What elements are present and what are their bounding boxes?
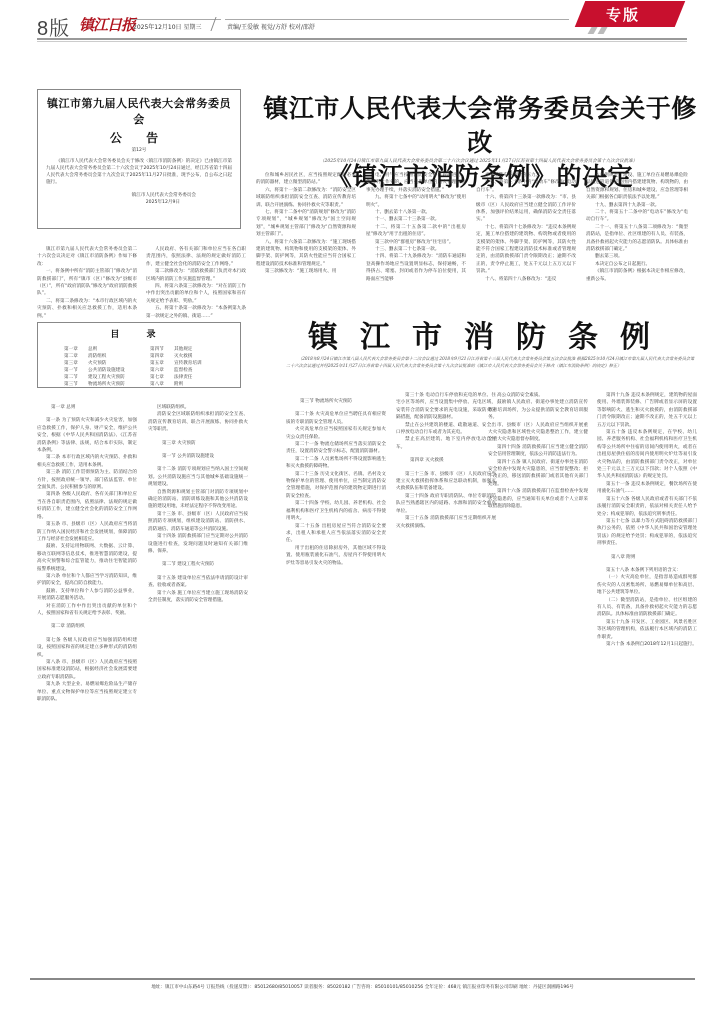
announcement-subtitle: 公 告 xyxy=(46,130,232,146)
page-number: 8版 xyxy=(37,12,70,41)
chapter-heading: 第三节 物流场所火灾预防 xyxy=(286,398,386,405)
paragraph: 人民政府、各有关部门和单位应当在各自职责范围内，依照法律、法规的规定做好消防工作… xyxy=(146,246,246,268)
table-of-contents: 目 录 第一章总则 第四节其他规定 第二章消防组织 第四章灭火救援 第三章火灾预… xyxy=(37,322,241,388)
article-paragraph: 消防安全区域联防组织承担消防安全互查、消防宣传教育培训、联合开展演练、协同扑救火… xyxy=(148,411,248,433)
paper-logo: 镇江日报 xyxy=(79,14,135,35)
toc-item: 第三节物流场所火灾预防 xyxy=(64,381,144,388)
article-paragraph: 第二十一条 物流仓储场所应当落实消防安全责任，设置消防安全警示标志，配置消防器材… xyxy=(286,441,386,456)
announcement-title: 镇江市第九届人民代表大会常务委员会 xyxy=(46,96,232,128)
article-paragraph: 鼓励、支持运用物联网、大数据、云计算、移动互联网等信息技术，推进智慧消防建设，提… xyxy=(37,543,137,573)
article-paragraph: 第二十三条 历史文化街区、名镇、名村及文物保护单位的管理、使用单位，应当制定消防… xyxy=(286,471,386,501)
decision-title-line1: 镇江市人民代表大会常务委员会关于修改 xyxy=(260,92,700,160)
editors-credit: 责编/王爱敏 视觉/方舒 校对/邵舒 xyxy=(227,22,315,31)
paragraph: 十六、将第四十三条第一款修改为：“市、县级市（区）人民政府应当建立健全消防工作评… xyxy=(476,194,576,224)
paragraph: 二十一、将第五十八条第二项修改为：“微型消防站，是指单位、社区组建的有人员、有装… xyxy=(586,224,688,254)
paragraph: 十二、将第二十五条第二款中的“出租房屋”修改为“用于出租的住房”。 xyxy=(366,224,466,239)
paragraph: 十三、删去第二十七条第一款。 xyxy=(366,246,466,253)
masthead-rule-thin xyxy=(37,41,687,42)
decision-column-1: 镇江市第九届人民代表大会常务委员会第二十六次会议决定对《镇江市消防条例》作如下修… xyxy=(37,246,137,318)
chapter-heading: 第二节 建设工程火灾预防 xyxy=(148,561,248,568)
article-paragraph: 自然资源和规划主管部门对消防专项规划中确定的消防站、消防训练设施和其他公共消防设… xyxy=(148,489,248,511)
date: 2025年12月10日 xyxy=(133,24,182,31)
paragraph: 八、将第十六条第二款修改为：“施工现场搭建的建筑物、构筑物和使用的支模架的架体、… xyxy=(256,239,356,269)
announcement-signer: 镇江市人民代表大会常务委员会 xyxy=(46,192,232,199)
article-paragraph: （一）火灾高危单位，是指容易造成群死群伤火灾的人员密集场所、易燃易爆单位和高层、… xyxy=(597,574,697,596)
article-paragraph: 第四十九条 违反本条例规定，建筑物的屋面使用、外墙装饰装修、广告牌或者显示屏的设… xyxy=(597,392,697,429)
paragraph: 五、将第十条第一款修改为：“本条例第九条第一款规定之外的镇、街道……” xyxy=(146,305,246,318)
toc-grid: 第一章总则 第四节其他规定 第二章消防组织 第四章灭火救援 第三章火灾预防 第五… xyxy=(48,346,230,388)
paragraph: 镇江市第九届人民代表大会常务委员会第二十六次会议决定对《镇江市消防条例》作如下修… xyxy=(37,246,137,268)
paragraph: 第三款中的“群租房”修改为“住宅房”。 xyxy=(366,239,466,246)
chapter-heading: 第二章 消防组织 xyxy=(37,623,137,630)
paragraph: 第二款修改为：“消防救援部门负责对本行政区域内的消防工作实施监督管理。” xyxy=(146,268,246,283)
divider xyxy=(131,19,221,20)
regulation-column-5: 高公众消防安全素质。鼓励镇人民政府、街道办事处建立消防宣传教育培训场所，为公众提… xyxy=(488,392,588,970)
article-paragraph: 第九条 大型企业、易燃易爆危险品生产储存单位、重点文物保护单位等应当按照规定建立… xyxy=(37,681,137,703)
article-paragraph: 第一条 为了预防火灾和减少火灾危害，加强应急救援工作，保护人身、财产安全，维护公… xyxy=(37,417,137,454)
divider xyxy=(225,19,569,20)
article-paragraph: 鼓励、支持单位和个人参与消防公益事业，开展消防志愿服务活动。 xyxy=(37,588,137,603)
article-paragraph: 第二十条 火灾高危单位应当聘任具有相应资质的专职消防安全管理人员。 xyxy=(286,411,386,426)
regulation-column-6: 第四十九条 违反本条例规定，建筑物的屋面使用、外墙装饰装修、广告牌或者显示屏的设… xyxy=(597,392,697,970)
toc-item: 第四节其他规定 xyxy=(150,346,230,353)
regulation-column-1: 第一章 总则第一条 为了预防火灾和减少火灾危害，加强应急救援工作，保护人身、财产… xyxy=(37,398,137,970)
article-paragraph: 第三十五条 消防救援部门应当定期组织开展灭火救援演练。 xyxy=(396,515,496,530)
chapter-heading: 第一章 总则 xyxy=(37,404,137,411)
article-paragraph: 第二十二条 人员密集场所不得设置影响逃生和灭火救援的障碍物。 xyxy=(286,456,386,471)
decision-column-4: 电、用气应当按照消防安全操作规程进行，使用明火作业的，应当按照单位的用火管理制度… xyxy=(366,172,466,320)
decision-column-3: 位和城乡居民社区，应当按照规定配备必要的消防器材，建立微型消防站。” 六、将第十… xyxy=(256,172,356,320)
article-paragraph: 第五十条 违反本条例规定，在学校、幼儿园、养老服务机构、社会福利机构和医疗卫生机… xyxy=(597,429,697,481)
chapter-heading: 第四章 灭火救援 xyxy=(396,457,496,464)
toc-item: 第二节建设工程火灾预防 xyxy=(64,374,144,381)
toc-item: 第六章监督检查 xyxy=(150,367,230,374)
decision-column-6: 本条例规定，建设、施工单位在易燃易爆危险品输送管道保护范围内搭建建筑物、构筑物的… xyxy=(586,172,688,320)
toc-item: 第四章灭火救援 xyxy=(150,353,230,360)
regulation-column-2: 区域联防组织。消防安全区域联防组织承担消防安全互查、消防宣传教育培训、联合开展演… xyxy=(148,404,248,970)
article-paragraph: 火灾高危单位应当按照国家有关规定参加火灾公众责任保险。 xyxy=(286,426,386,441)
article-paragraph: 第十三条 市、县级市（区）人民政府应当按照消防专项规划，组织建设消防站、消防供水… xyxy=(148,511,248,533)
toc-item: 第一章总则 xyxy=(64,346,144,353)
toc-item: 第三章火灾预防 xyxy=(64,360,144,367)
paragraph: 本条例规定，建设、施工单位在易燃易爆危险品输送管道保护范围内搭建建筑物、构筑物的… xyxy=(586,172,688,202)
paragraph: 《镇江市消防条例》根据本决定作相应修改，重新公布。 xyxy=(586,268,688,283)
paragraph: 电、用气应当按照消防安全操作规程进行，使用明火作业的，应当按照单位的用火管理制度… xyxy=(366,172,466,194)
chapter-heading: 第三章 火灾预防 xyxy=(148,440,248,447)
chapter-heading: 第一节 公共消防设施建设 xyxy=(148,453,248,460)
article-paragraph: 第十六条 施工单位应当建立施工现场消防安全责任制度，落实消防安全管理措施。 xyxy=(148,590,248,605)
issue-date: 2025年12月10日 星期三 xyxy=(133,22,201,31)
article-paragraph: 第三条 消防工作贯彻预防为主、防消结合的方针，按照政府统一领导、部门依法监管、单… xyxy=(37,469,137,491)
article-paragraph: 第四十四条 消防救援部门应当建立健全消防安全信用管理制度，依法公开消防违法行为。 xyxy=(488,444,588,459)
paragraph: 位和城乡居民社区，应当按照规定配备必要的消防器材，建立微型消防站。” xyxy=(256,172,356,187)
article-paragraph: 第三十条 电动自行车停放和充电的单位、住宅小区等场所，应当设置集中停放、充电区域… xyxy=(396,392,496,422)
paragraph: 第三款修改为：“施工现场用火、用 xyxy=(256,268,356,275)
article-paragraph: 禁止在高层建筑、地下室内停放电动自行车。 xyxy=(396,436,496,451)
article-paragraph: 第五十八条 本条例下列用语的含义： xyxy=(597,567,697,574)
article-paragraph: 第三十四条 政府专职消防队、单位专职消防队应当熟悉辖区内的道路、水源和消防安全重… xyxy=(396,493,496,515)
paragraph: 十八、将第四十八条修改为：“违反 xyxy=(476,276,576,283)
announcement-box: 镇江市第九届人民代表大会常务委员会 公 告 第12号 《镇江市人民代表大会常务委… xyxy=(37,89,241,229)
article-paragraph: 第十五条 建设单位应当依法申请消防设计审查、验收或者备案。 xyxy=(148,575,248,590)
toc-item: 第五章宣传教育培训 xyxy=(150,360,230,367)
article-paragraph: 第五条 市、县级市（区）人民政府应当将消防工作纳入国民经济和社会发展规划，保障消… xyxy=(37,521,137,543)
article-paragraph: 第七条 各级人民政府应当加强消防组织建设，按照国家和省的规定建立多种形式的消防组… xyxy=(37,637,137,659)
article-paragraph: 第四十六条 消防救援部门在监督检查中发现火灾隐患的，应当通知有关单位或者个人立即… xyxy=(488,488,588,510)
paragraph: 六、将第十一条第二款修改为：“消防安全区域联防组织承担消防安全互查、消防宣传教育… xyxy=(256,187,356,209)
paragraph: 删去第三项。 xyxy=(586,253,688,260)
announcement-number: 第12号 xyxy=(46,147,232,153)
toc-item: 第一节公共消防设施建设 xyxy=(64,367,144,374)
article-paragraph: 第四十五条 镇人民政府、街道办事处在消防安全检查中发现火灾隐患的，应当督促整改；… xyxy=(488,459,588,489)
article-paragraph: 第五十一条 违反本条例规定，餐饮场所在使用液化石油气…… xyxy=(597,481,697,496)
toc-item: 第七章法律责任 xyxy=(150,374,230,381)
paragraph: 十、删去第十八条第一款。 xyxy=(366,209,466,216)
paragraph: 四、将第六条第三款修改为：“对在消防工作中作出突出贡献的单位和个人，按照国家和省… xyxy=(146,283,246,305)
decision-note: （2025年10月24日镇江市第九届人民代表大会常务委员会第二十六次会议通过 2… xyxy=(300,158,700,165)
paragraph: 二十、将第五十二条中的“电动车”修改为“电动自行车”。 xyxy=(586,209,688,224)
toc-item: 第八章附则 xyxy=(150,381,230,388)
article-paragraph: 第八条 市、县级市（区）人民政府应当按照国家标准建设消防站，根据经济社会发展需要… xyxy=(37,659,137,681)
article-paragraph: 鼓励镇人民政府、街道办事处建立消防宣传教育培训场所，为公众提供消防安全教育培训服… xyxy=(488,399,588,421)
paragraph: 十五、将第三十条中的“电动车”修改为“电动自行车”。 xyxy=(476,179,576,194)
article-paragraph: 第二条 本市行政区域内的火灾预防、扑救和相关应急救援工作，适用本条例。 xyxy=(37,454,137,469)
regulation-title: 镇江市消防条例 xyxy=(270,320,710,356)
paragraph: 十九、删去第四十九条第一款。 xyxy=(586,202,688,209)
section-label: 专版 xyxy=(606,4,640,25)
toc-item: 第二章消防组织 xyxy=(64,353,144,360)
decision-column-5: 承受消防车满载时的压力。” 十五、将第三十条中的“电动车”修改为“电动自行车”。… xyxy=(476,172,576,320)
footer-rule xyxy=(30,978,695,980)
announcement-body: 《镇江市人民代表大会常务委员会关于修改〈镇江市消防条例〉的决定》已由镇江市第九届… xyxy=(46,158,232,186)
article-paragraph: 第五十九条 开发区、工业园区、风景名胜区等区域的管理机构，依法履行本区域内的消防… xyxy=(597,619,697,641)
article-paragraph: 第六条 单位和个人都应当学习消防知识，维护消防安全，提高自防自救能力。 xyxy=(37,573,137,588)
article-paragraph: 对在消防工作中作出突出贡献的单位和个人，按照国家和省有关规定给予表彰、奖励。 xyxy=(37,603,137,618)
chapter-heading: 第八章 附则 xyxy=(597,554,697,561)
article-paragraph: （二）微型消防站，是指单位、社区组建的有人员、有装备，具备扑救初起火灾能力的志愿… xyxy=(597,597,697,619)
article-paragraph: 第四条 各级人民政府、各有关部门和单位应当在各自职责范围内，依照法律、法规的规定… xyxy=(37,491,137,521)
article-paragraph: 用于出租的住房除厨房外，其他区域不得设置、使用瓶装液化石油气，房屋内不得使用明火… xyxy=(286,545,386,567)
paragraph: 二、将第二条修改为：“本市行政区域内的火灾预防、扑救和相关应急救援工作，适用本条… xyxy=(37,298,137,318)
footer-info: 地址：镇江市中山东路4号 订报热线（投递反馈）：85012680/8501005… xyxy=(30,984,695,990)
paragraph: 十四、将第二十九条修改为：“消防车通道和登高操作场地应当设置明显标志，保持通畅，… xyxy=(366,253,466,283)
paragraph: 一、将条例中所有“消防主管部门”修改为“消防救援部门”，所有“镇市（区）”修改为… xyxy=(37,268,137,298)
article-paragraph: 区域联防组织。 xyxy=(148,404,248,411)
article-paragraph: 第三十三条 市、县级市（区）人民政府应当建立灭火救援指挥体系和应急联动机制，加强… xyxy=(396,471,496,493)
paragraph: 本决定自公布之日起施行。 xyxy=(586,261,688,268)
decision-column-2: 人民政府、各有关部门和单位应当在各自职责范围内，依照法律、法规的规定做好消防工作… xyxy=(146,246,246,318)
paragraph: 十一、删去第二十三条第一款。 xyxy=(366,216,466,223)
article-paragraph: 第六十条 本条例自2018年12月1日起施行。 xyxy=(597,641,697,648)
masthead-rule xyxy=(37,38,687,40)
article-paragraph: 市、县级市（区）人民政府应当组织开展重大火灾隐患和区域性火灾隐患整治工作，建立健… xyxy=(488,422,588,444)
article-paragraph: 第二十五条 出租房屋应当符合消防安全要求，出租人和承租人应当依法落实消防安全责任… xyxy=(286,523,386,545)
announcement-date: 2025年12月9日 xyxy=(46,199,232,206)
article-paragraph: 禁止在公共建筑的楼道、疏散通道、安全出口停放电动自行车或者为其充电。 xyxy=(396,422,496,437)
paragraph: 十七、将第四十七条修改为：“违反本条例规定，施工单位搭建的建筑物、构筑物或者使用… xyxy=(476,224,576,276)
article-paragraph: 第二十四条 学校、幼儿园、养老机构、社会福利机构和医疗卫生机构内的宿舍、病房不得… xyxy=(286,500,386,522)
regulation-column-4: 第三十条 电动自行车停放和充电的单位、住宅小区等场所，应当设置集中停放、充电区域… xyxy=(396,392,496,970)
regulation-note: （2018年8月24日镇江市第八届人民代表大会常务委员会第十二次会议通过 201… xyxy=(286,356,696,369)
article-paragraph: 第五十七条 以暴力等方式阻碍消防救援部门执行公务的，依照《中华人民共和国治安管理… xyxy=(597,518,697,548)
weekday: 星期三 xyxy=(183,24,201,31)
paragraph: 七、将第十二条中的“消防规划”修改为“消防专项规划”，“城乡规划”修改为“国土空… xyxy=(256,209,356,239)
article-paragraph: 第十四条 消防救援部门应当定期对公共消防设施进行检查，发现问题及时通知有关部门维… xyxy=(148,533,248,555)
article-paragraph: 第十二条 消防专项规划应当纳入国土空间规划。公共消防设施应当与其他城乡基础设施统… xyxy=(148,466,248,488)
regulation-column-3: 第三节 物流场所火灾预防第二十条 火灾高危单位应当聘任具有相应资质的专职消防安全… xyxy=(286,392,386,970)
paragraph: 承受消防车满载时的压力。” xyxy=(476,172,576,179)
article-paragraph: 高公众消防安全素质。 xyxy=(488,392,588,399)
paragraph: 九、将第十七条中的“动用明火”修改为“使用明火”。 xyxy=(366,194,466,209)
article-paragraph: 第五十六条 各级人民政府或者有关部门不依法履行消防安全职责的，依法对相关责任人给… xyxy=(597,496,697,518)
toc-title: 目 录 xyxy=(48,327,230,340)
